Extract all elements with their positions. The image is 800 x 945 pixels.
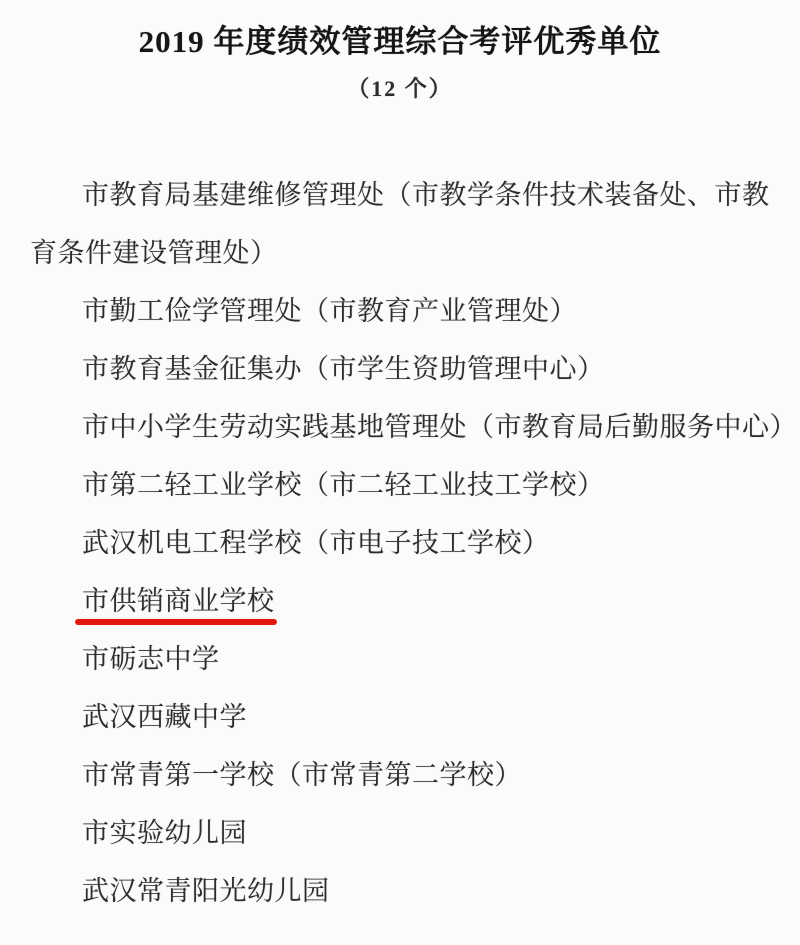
scanned-document-page: 2019 年度绩效管理综合考评优秀单位 （12 个） 市教育局基建维修管理处（市… <box>0 0 800 945</box>
list-item: 市勤工俭学管理处（市教育产业管理处） <box>30 282 786 340</box>
list-item: 武汉西藏中学 <box>30 688 786 746</box>
unit-text: 武汉机电工程学校（市电子技工学校） <box>82 528 550 558</box>
unit-text: 市勤工俭学管理处（市教育产业管理处） <box>82 296 577 326</box>
list-item: 市中小学生劳动实践基地管理处（市教育局后勤服务中心） <box>30 398 786 456</box>
list-item: 市第二轻工业学校（市二轻工业技工学校） <box>30 456 786 514</box>
list-item: 市砺志中学 <box>30 630 786 688</box>
unit-text: 市第二轻工业学校（市二轻工业技工学校） <box>82 470 605 500</box>
unit-text: 市教育局基建维修管理处（市教学条件技术装备处、市教育条件建设管理处） <box>30 180 770 268</box>
unit-text: 市中小学生劳动实践基地管理处（市教育局后勤服务中心） <box>82 412 797 442</box>
highlighted-unit-text: 市供销商业学校 <box>82 586 275 616</box>
list-item: 市实验幼儿园 <box>30 804 786 862</box>
red-underline-mark <box>75 619 277 625</box>
list-item: 市教育基金征集办（市学生资助管理中心） <box>30 340 786 398</box>
award-unit-list: 市教育局基建维修管理处（市教学条件技术装备处、市教育条件建设管理处）市勤工俭学管… <box>30 166 786 920</box>
list-item: 武汉机电工程学校（市电子技工学校） <box>30 514 786 572</box>
list-item: 市教育局基建维修管理处（市教学条件技术装备处、市教育条件建设管理处） <box>30 166 786 282</box>
unit-text: 武汉常青阳光幼儿园 <box>82 876 330 906</box>
unit-text: 市常青第一学校（市常青第二学校） <box>82 760 522 790</box>
unit-text: 市教育基金征集办（市学生资助管理中心） <box>82 354 605 384</box>
unit-text: 市实验幼儿园 <box>82 818 247 848</box>
list-item: 市供销商业学校 <box>30 572 786 630</box>
document-title: 2019 年度绩效管理综合考评优秀单位 <box>30 24 770 60</box>
document-subtitle: （12 个） <box>30 76 770 102</box>
unit-text: 武汉西藏中学 <box>82 702 247 732</box>
unit-text: 市砺志中学 <box>82 644 220 674</box>
list-item: 武汉常青阳光幼儿园 <box>30 862 786 920</box>
list-item: 市常青第一学校（市常青第二学校） <box>30 746 786 804</box>
